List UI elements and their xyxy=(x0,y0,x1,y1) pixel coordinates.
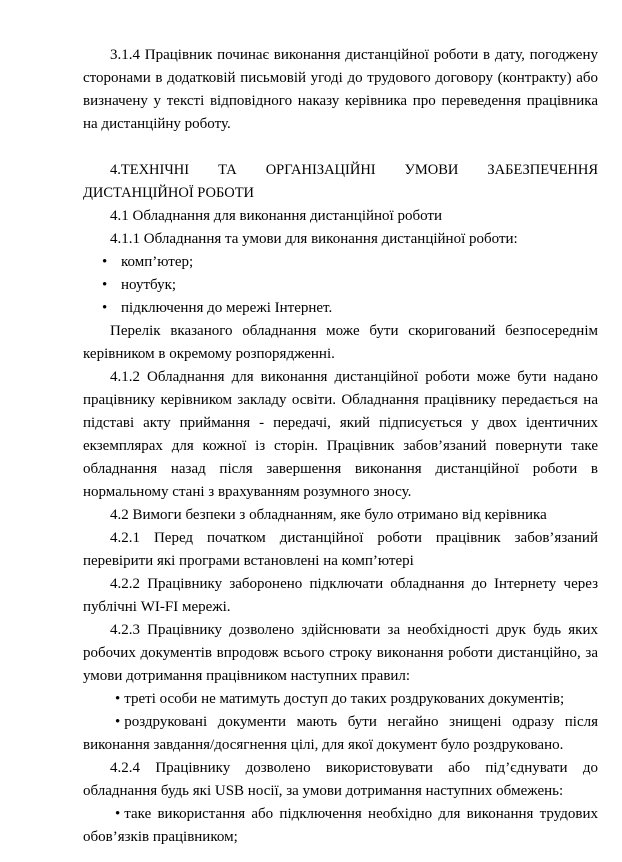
list-item-text: таке використання або підключення необхі… xyxy=(83,806,598,845)
paragraph-4-1: 4.1 Обладнання для виконання дистанційно… xyxy=(83,205,598,228)
paragraph-4-2-2: 4.2.2 Працівнику заборонено підключати о… xyxy=(83,573,598,619)
usb-rule-item: •таке використання або підключення необх… xyxy=(83,803,598,849)
print-rule-item: •роздруковані документи мають бути негай… xyxy=(83,711,598,757)
list-item-text: підключення до мережі Інтернет. xyxy=(121,300,332,316)
list-item-text: комп’ютер; xyxy=(121,254,193,270)
list-item-text: роздруковані документи мають бути негайн… xyxy=(83,714,598,753)
paragraph-4-2: 4.2 Вимоги безпеки з обладнанням, яке бу… xyxy=(83,504,598,527)
bullet-icon: • xyxy=(102,251,121,274)
list-item: •ноутбук; xyxy=(83,274,598,297)
bullet-icon: • xyxy=(115,714,124,730)
paragraph-4-1-2: 4.1.2 Обладнання для виконання дистанцій… xyxy=(83,366,598,504)
paragraph-4-2-1: 4.2.1 Перед початком дистанційної роботи… xyxy=(83,527,598,573)
bullet-icon: • xyxy=(115,691,124,707)
paragraph-3-1-4: 3.1.4 Працівник починає виконання дистан… xyxy=(83,44,598,136)
list-item: •підключення до мережі Інтернет. xyxy=(83,297,598,320)
section-4-heading: 4.ТЕХНІЧНІ ТА ОРГАНІЗАЦІЙНІ УМОВИ ЗАБЕЗП… xyxy=(83,159,598,205)
paragraph-4-1-1: 4.1.1 Обладнання та умови для виконання … xyxy=(83,228,598,251)
bullet-icon: • xyxy=(115,806,124,822)
bullet-icon: • xyxy=(102,297,121,320)
paragraph-perelik: Перелік вказаного обладнання може бути с… xyxy=(83,320,598,366)
list-item-text: треті особи не матимуть доступ до таких … xyxy=(124,691,564,707)
bullet-icon: • xyxy=(102,274,121,297)
paragraph-4-2-3: 4.2.3 Працівнику дозволено здійснювати з… xyxy=(83,619,598,688)
equipment-list: •комп’ютер; •ноутбук; •підключення до ме… xyxy=(83,251,598,320)
list-item-text: ноутбук; xyxy=(121,277,176,293)
paragraph-4-2-4: 4.2.4 Працівнику дозволено використовува… xyxy=(83,757,598,803)
print-rule-item: •треті особи не матимуть доступ до таких… xyxy=(83,688,598,711)
list-item: •комп’ютер; xyxy=(83,251,598,274)
document-page: 3.1.4 Працівник починає виконання дистан… xyxy=(0,0,622,862)
